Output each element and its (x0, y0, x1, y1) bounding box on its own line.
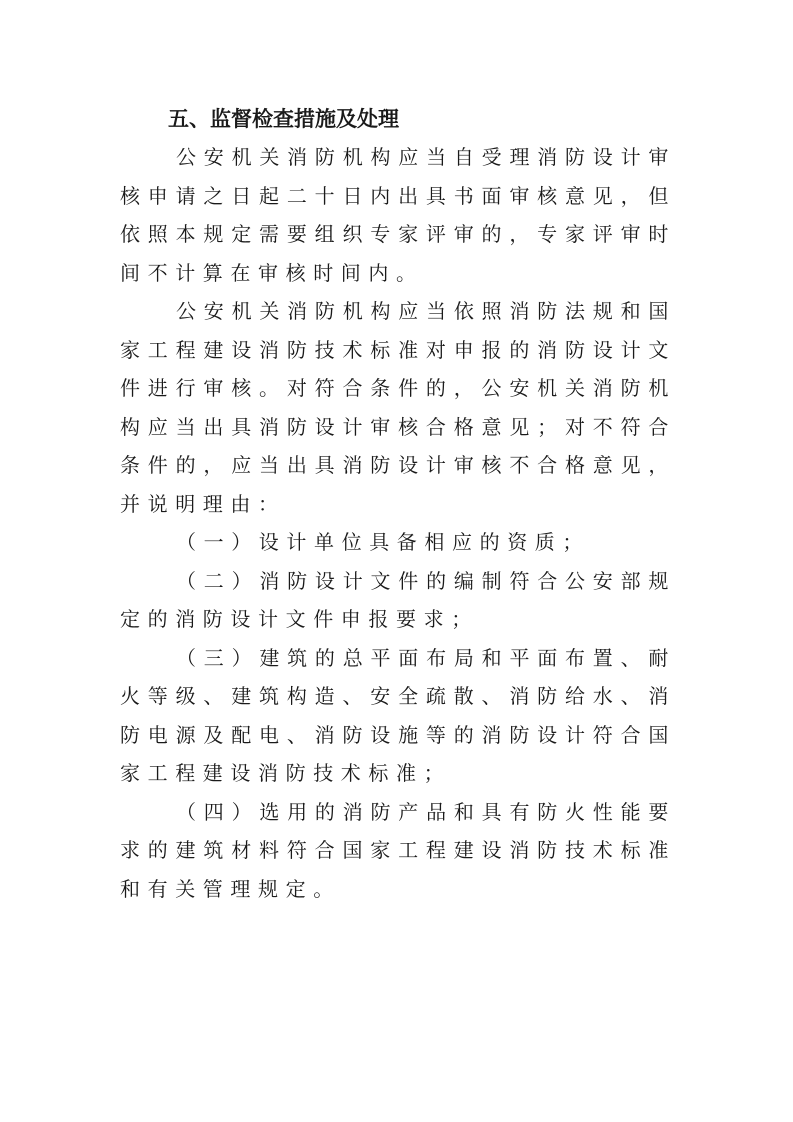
list-item-design-standards: （三）建筑的总平面布局和平面布置、耐火等级、建筑构造、安全疏散、消防给水、消防电… (120, 639, 676, 793)
paragraph-review-deadline: 公安机关消防机构应当自受理消防设计审核申请之日起二十日内出具书面审核意见，但依照… (120, 138, 676, 292)
section-heading: 五、监督检查措施及处理 (168, 100, 676, 138)
document-page: 五、监督检查措施及处理 公安机关消防机构应当自受理消防设计审核申请之日起二十日内… (120, 100, 676, 908)
list-item-document-requirements: （二）消防设计文件的编制符合公安部规定的消防设计文件申报要求； (120, 562, 676, 639)
list-item-qualification: （一）设计单位具备相应的资质； (120, 523, 676, 562)
list-item-products-materials: （四）选用的消防产品和具有防火性能要求的建筑材料符合国家工程建设消防技术标准和有… (120, 793, 676, 909)
paragraph-review-basis: 公安机关消防机构应当依照消防法规和国家工程建设消防技术标准对申报的消防设计文件进… (120, 292, 676, 523)
